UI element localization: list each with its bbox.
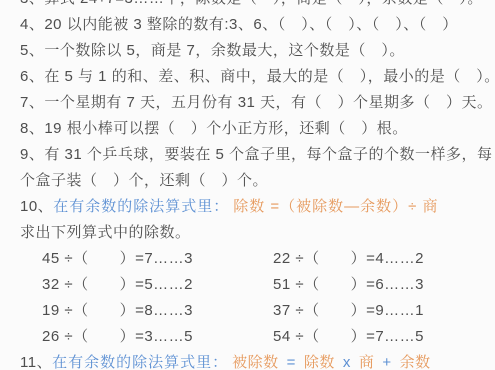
formula-remainder: 余数 [400,354,431,370]
question-5: 5、一个数除以 5，商是 7，余数最大，这个数是（ ）。 [0,38,495,64]
question-10-intro: 在有余数的除法算式里： [53,198,229,215]
formula-dividend: 被除数 [232,354,279,370]
equation-37: 37 ÷（ ）=9……1 [273,298,424,324]
question-10-formula: 除数 =（被除数—余数）÷ 商 [233,198,438,215]
question-10: 10、在有余数的除法算式里：除数 =（被除数—余数）÷ 商 [0,194,495,220]
equation-51: 51 ÷（ ）=6……3 [273,272,424,298]
question-6: 6、在 5 与 1 的和、差、积、商中，最大的是（ ），最小的是（ ）。 [0,64,495,90]
equation-45: 45 ÷（ ）=7……3 [42,246,273,272]
equation-32: 32 ÷（ ）=5……2 [42,272,273,298]
question-9-line1: 9、有 31 个乒乓球，要装在 5 个盒子里，每个盒子的个数一样多，每 [0,142,495,168]
equation-54: 54 ÷（ ）=7……5 [273,324,424,350]
equation-22: 22 ÷（ ）=4……2 [273,246,424,272]
question-7: 7、一个星期有 7 天，五月份有 31 天，有（ ）个星期多（ ）天。 [0,90,495,116]
question-11: 11、在有余数的除法算式里：被除数=除数x商+余数 [0,350,495,370]
formula-quotient: 商 [359,354,375,370]
worksheet-content: 3、算式 24÷7=3……中，除数是（ ），商是（ ），余数是（ ）。 4、20… [0,0,495,370]
question-8: 8、19 根小棒可以摆（ ）个小正方形，还剩（ ）根。 [0,116,495,142]
equation-row-1: 45 ÷（ ）=7……322 ÷（ ）=4……2 [0,246,495,272]
formula-multiply-sign: x [343,354,351,370]
question-10-instruction: 求出下列算式中的除数。 [0,220,495,246]
equation-19: 19 ÷（ ）=8……3 [42,298,273,324]
formula-divisor: 除数 [304,354,335,370]
question-10-number: 10、 [20,198,53,215]
worksheet-page: 3、算式 24÷7=3……中，除数是（ ），商是（ ），余数是（ ）。 4、20… [0,0,495,370]
formula-plus-sign: + [382,354,391,370]
equation-row-3: 19 ÷（ ）=8……337 ÷（ ）=9……1 [0,298,495,324]
question-11-number: 11、 [20,354,52,370]
question-9-line2: 个盒子装（ ）个，还剩（ ）个。 [0,168,495,194]
question-3: 3、算式 24÷7=3……中，除数是（ ），商是（ ），余数是（ ）。 [0,0,495,12]
question-4: 4、20 以内能被 3 整除的数有:3、6、（ ）、（ ）、（ ）、（ ） [0,12,495,38]
question-11-intro: 在有余数的除法算式里： [52,354,228,370]
equation-row-2: 32 ÷（ ）=5……251 ÷（ ）=6……3 [0,272,495,298]
equation-row-4: 26 ÷（ ）=3……554 ÷（ ）=7……5 [0,324,495,350]
equation-26: 26 ÷（ ）=3……5 [42,324,273,350]
formula-equals-sign: = [287,354,296,370]
